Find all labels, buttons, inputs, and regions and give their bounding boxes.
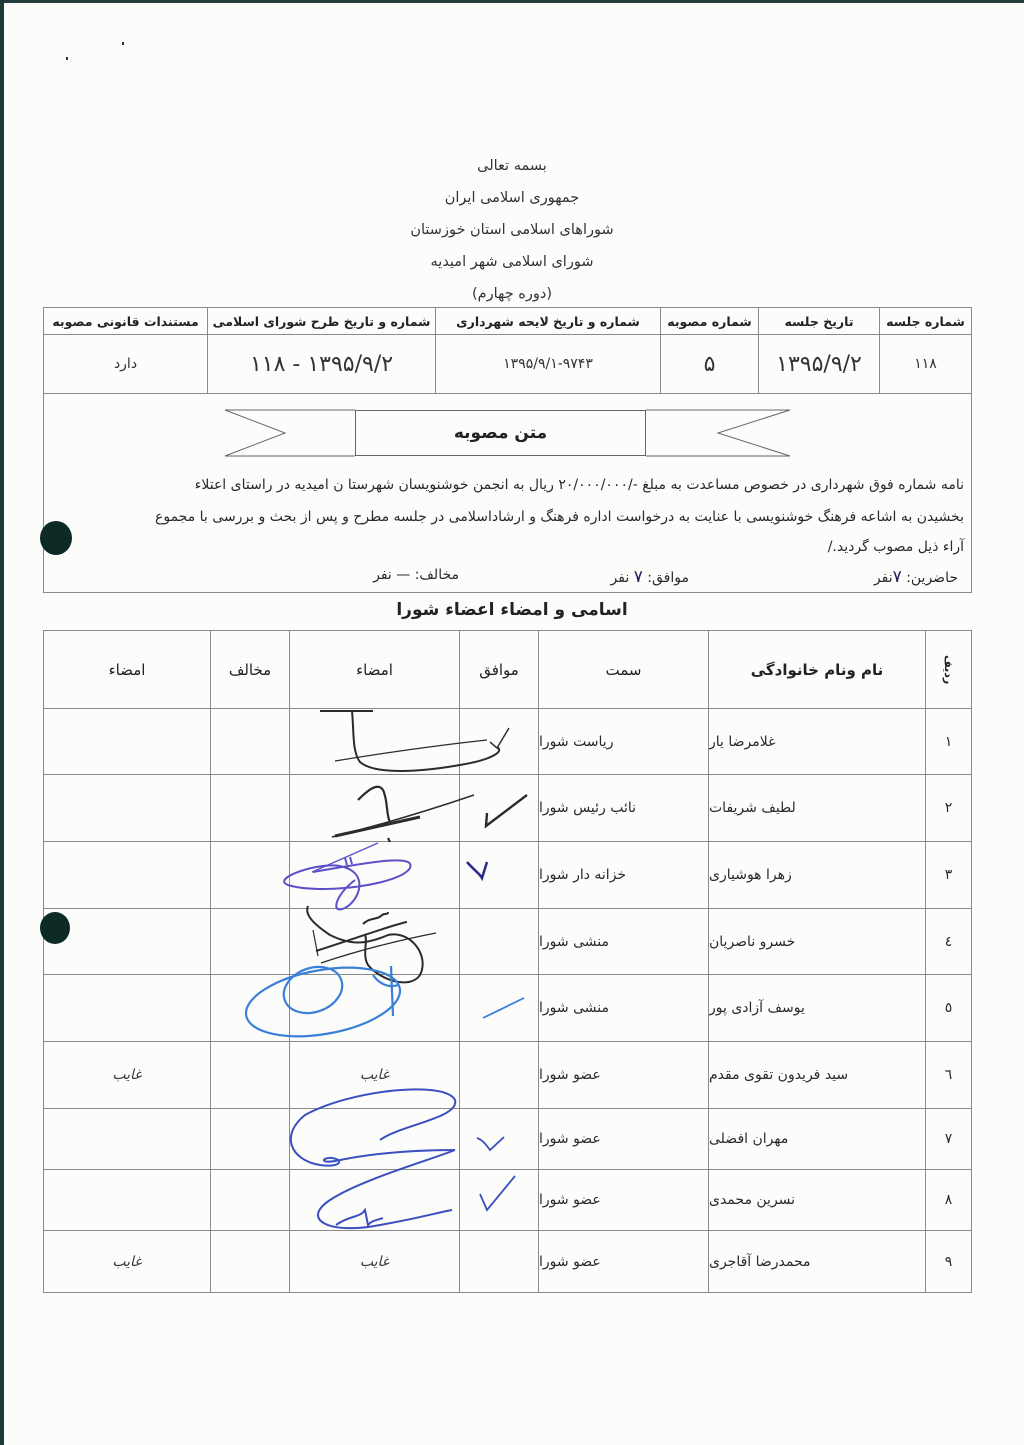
member-role: عضو شورا (538, 1108, 709, 1170)
votes-oppose: مخالف: — نفر (373, 567, 459, 583)
oppose-check (210, 841, 290, 909)
agree-check (459, 1041, 539, 1109)
row-number: ۸ (925, 1169, 972, 1231)
agree-check (459, 1230, 539, 1293)
signature-agree (289, 774, 460, 842)
member-name: سید فریدون تقوی مقدم (708, 1041, 926, 1109)
present-label: حاضرین: (906, 570, 958, 586)
header-agree: موافق (459, 630, 539, 709)
header-municipality-bill: شماره و تاریخ لایحه شهرداری (435, 307, 661, 335)
value-session-date: ۱۳۹۵/۹/۲ (758, 334, 880, 394)
scan-speck (66, 57, 68, 60)
agree-check (459, 1108, 539, 1170)
oppose-check (210, 1230, 290, 1293)
signature-agree (289, 974, 460, 1042)
votes-agree: موافق: ۷ نفر (611, 567, 689, 587)
signature-oppose-absent: غایب (43, 1230, 211, 1293)
agree-check (459, 974, 539, 1042)
resolution-text-line-2: بخشیدن به اشاعه فرهنگ خوشنویسی با عنایت … (52, 502, 964, 532)
votes-present: حاضرین: ۷نفر (874, 567, 958, 587)
signature-oppose (43, 908, 211, 975)
agree-check (459, 708, 539, 775)
member-role: نائب رئیس شورا (538, 774, 709, 842)
punch-hole (40, 912, 70, 944)
header-session-date: تاریخ جلسه (758, 307, 880, 335)
agree-check (459, 1169, 539, 1231)
document-header: بسمه تعالی جمهوری اسلامی ایران شوراهای ا… (312, 150, 712, 310)
signature-oppose (43, 774, 211, 842)
header-name: نام ونام خانوادگی (708, 630, 926, 709)
present-unit: نفر (874, 570, 893, 586)
member-name: لطیف شریفات (708, 774, 926, 842)
agree-label: موافق: (647, 570, 689, 586)
value-resolution-number: ۵ (660, 334, 759, 394)
agree-check (459, 774, 539, 842)
members-section-title: اسامی و امضاء اعضاء شورا (300, 600, 724, 620)
present-value: ۷ (893, 567, 902, 587)
resolution-text-line-3: آراء ذیل مصوب گردید./ (52, 532, 964, 562)
header-resolution-number: شماره مصوبه (660, 307, 759, 335)
header-oppose: مخالف (210, 630, 290, 709)
signature-oppose (43, 974, 211, 1042)
header-role: سمت (538, 630, 709, 709)
agree-check (459, 908, 539, 975)
oppose-check (210, 974, 290, 1042)
row-number: ۷ (925, 1108, 972, 1170)
header-term: (دوره چهارم) (312, 278, 712, 310)
signature-agree (289, 841, 460, 909)
row-number: ٥ (925, 974, 972, 1042)
member-name: مهران افضلی (708, 1108, 926, 1170)
scan-top-edge (0, 0, 1024, 3)
header-signature-agree: امضاء (289, 630, 460, 709)
agree-check (459, 841, 539, 909)
signature-agree-absent: غایب (289, 1230, 460, 1293)
header-city-council: شورای اسلامی شهر امیدیه (312, 246, 712, 278)
resolution-text-line-1: نامه شماره فوق شهرداری در خصوص مساعدت به… (52, 470, 964, 500)
member-name: خسرو ناصریان (708, 908, 926, 975)
signature-oppose (43, 708, 211, 775)
value-legal-documents: دارد (43, 334, 208, 394)
value-municipality-bill: ۱۳۹۵/۹/۱-۹۷۴۳ (435, 334, 661, 394)
agree-unit: نفر (611, 570, 630, 586)
value-session-number: ۱۱۸ (879, 334, 972, 394)
value-council-plan: ۱۳۹۵/۹/۲ - ۱۱۸ (207, 334, 436, 394)
member-name: محمدرضا آقاجری (708, 1230, 926, 1293)
header-session-number: شماره جلسه (879, 307, 972, 335)
resolution-banner-title: متن مصوبه (355, 410, 646, 456)
signature-oppose (43, 1108, 211, 1170)
oppose-check (210, 1169, 290, 1231)
punch-hole (40, 521, 72, 555)
signature-oppose-absent: غایب (43, 1041, 211, 1109)
header-row-number: ردیف (925, 630, 972, 709)
row-number: ٤ (925, 908, 972, 975)
row-number: ۱ (925, 708, 972, 775)
signature-agree (289, 1169, 460, 1231)
scan-speck (122, 42, 124, 45)
header-signature-oppose: امضاء (43, 630, 211, 709)
member-role: عضو شورا (538, 1041, 709, 1109)
member-role: منشی شورا (538, 974, 709, 1042)
header-country: جمهوری اسلامی ایران (312, 182, 712, 214)
row-number: ۹ (925, 1230, 972, 1293)
member-role: عضو شورا (538, 1169, 709, 1231)
header-legal-documents: مستندات قانونی مصوبه (43, 307, 208, 335)
oppose-label: مخالف: (415, 567, 459, 583)
row-number: ۲ (925, 774, 972, 842)
member-name: نسرین محمدی (708, 1169, 926, 1231)
member-name: یوسف آزادی پور (708, 974, 926, 1042)
row-number: ٦ (925, 1041, 972, 1109)
member-name: غلامرضا یار (708, 708, 926, 775)
member-name: زهرا هوشیاری (708, 841, 926, 909)
signature-agree (289, 908, 460, 975)
oppose-check (210, 1108, 290, 1170)
signature-oppose (43, 841, 211, 909)
agree-value: ۷ (634, 567, 643, 587)
oppose-check (210, 1041, 290, 1109)
member-role: خزانه دار شورا (538, 841, 709, 909)
member-role: ریاست شورا (538, 708, 709, 775)
header-province-councils: شوراهای اسلامی استان خوزستان (312, 214, 712, 246)
signature-agree (289, 708, 460, 775)
signature-agree-absent: غایب (289, 1041, 460, 1109)
header-council-plan: شماره و تاریخ طرح شورای اسلامی (207, 307, 436, 335)
oppose-check (210, 908, 290, 975)
oppose-check (210, 708, 290, 775)
scan-left-edge (0, 0, 4, 1445)
oppose-unit: نفر (373, 567, 392, 583)
row-number: ۳ (925, 841, 972, 909)
member-role: عضو شورا (538, 1230, 709, 1293)
oppose-check (210, 774, 290, 842)
member-role: منشی شورا (538, 908, 709, 975)
header-bismillah: بسمه تعالی (312, 150, 712, 182)
oppose-value: — (396, 567, 410, 583)
signature-oppose (43, 1169, 211, 1231)
signature-agree (289, 1108, 460, 1170)
